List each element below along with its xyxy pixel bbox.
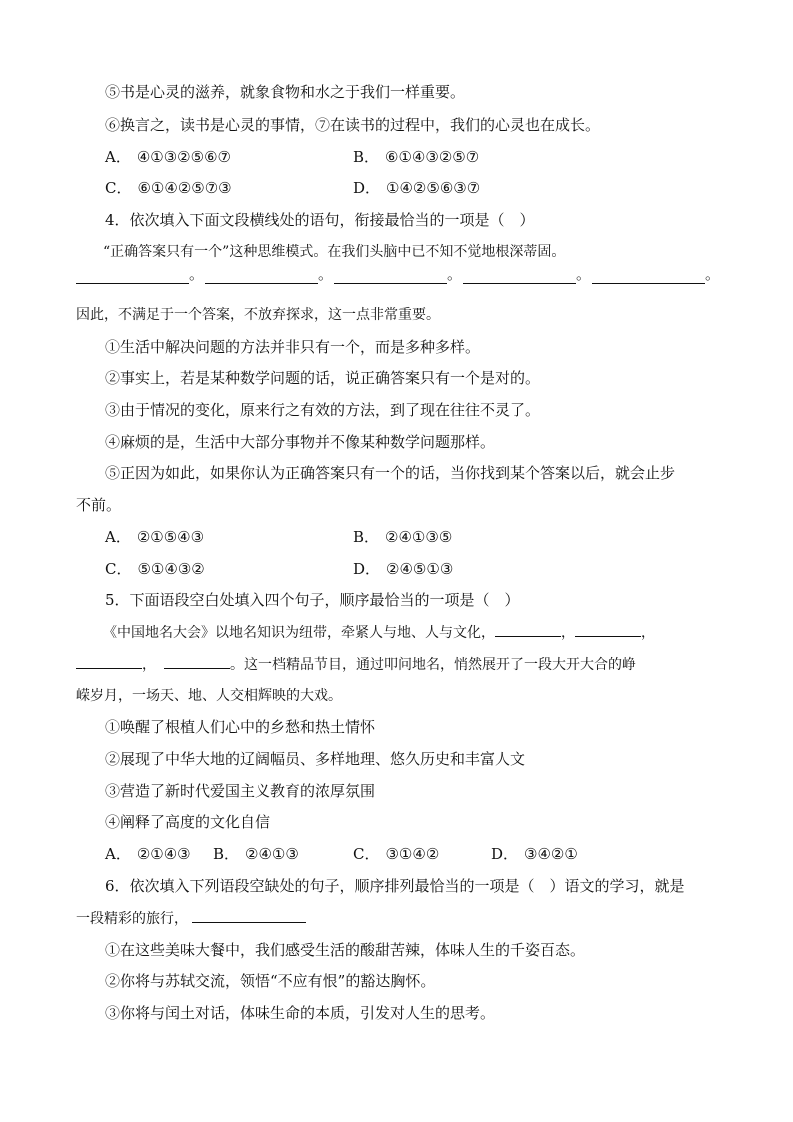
answer-blank-4[interactable] — [164, 654, 230, 669]
comma: ， — [561, 625, 575, 641]
option-value: ⑥①④②⑤⑦③ — [137, 179, 231, 197]
option-label: A． — [105, 148, 131, 166]
q4-sentence-2: ②事实上，若是某种数学问题的话，说正确答案只有一个是对的。 — [105, 368, 750, 388]
q4-passage-line1: “正确答案只有一个”这种思维模式。在我们头脑中已不知不觉地根深蒂固。 — [103, 242, 748, 262]
q4-stem: 4．依次填入下面文段横线处的语句，衔接最恰当的一项是（ ） — [105, 210, 750, 230]
blank-separator: 。 — [447, 264, 463, 284]
q5-passage-line3: 嵘岁月，一场天、地、人交相辉映的大戏。 — [76, 686, 721, 706]
answer-blank-4[interactable] — [463, 269, 576, 284]
option-value: ②④⑤①③ — [386, 560, 453, 578]
q4-blank-row: 。 。 。 。 。 — [76, 264, 721, 284]
answer-blank-1[interactable] — [76, 269, 189, 284]
answer-blank-5[interactable] — [592, 269, 705, 284]
q3-sentence-6-7: ⑥换言之，读书是心灵的事情，⑦在读书的过程中，我们的心灵也在成长。 — [105, 115, 750, 135]
answer-blank-3[interactable] — [334, 269, 447, 284]
q5-option-a: A．②①④③ — [105, 844, 191, 864]
q6-sentence-2: ②你将与苏轼交流，领悟“不应有恨”的豁达胸怀。 — [105, 971, 750, 991]
option-label: D． — [353, 179, 380, 197]
q5-option-c: C．③①④② — [353, 844, 439, 864]
q4-sentence-3: ③由于情况的变化，原来行之有效的方法，到了现在往往不灵了。 — [105, 400, 750, 420]
q4-option-a: A．②①⑤④③ — [105, 527, 204, 547]
q3-sentence-5: ⑤书是心灵的滋养，就象食物和水之于我们一样重要。 — [105, 82, 750, 102]
option-label: C． — [105, 179, 131, 197]
q6-stem: 6．依次填入下列语段空缺处的句子，顺序排列最恰当的一项是（ ）语文的学习，就是 — [105, 876, 725, 896]
q6-stem-cont-row: 一段精彩的旅行， — [76, 908, 721, 929]
option-value: ⑤①④③② — [137, 560, 204, 578]
q6-sentence-1: ①在这些美味大餐中，我们感受生活的酸甜苦辣，体味人生的千姿百态。 — [105, 940, 750, 960]
q5-passage-part2: 这一档精品节目，通过叩问地名，悄然展开了一段大开大合的峥 — [244, 657, 636, 673]
q5-sentence-4: ④阐释了高度的文化自信 — [105, 812, 750, 832]
option-label: A． — [105, 528, 131, 546]
option-value: ②①⑤④③ — [137, 528, 204, 546]
q5-sentence-3: ③营造了新时代爱国主义教育的浓厚氛围 — [105, 781, 750, 801]
option-label: B． — [353, 148, 379, 166]
blank-separator: 。 — [705, 264, 721, 284]
q4-sentence-5-cont: 不前。 — [76, 495, 721, 515]
option-label: D． — [491, 845, 518, 863]
q5-option-d: D．③④②① — [491, 844, 578, 864]
q5-sentence-1: ①唤醒了根植人们心中的乡愁和热土情怀 — [105, 717, 750, 737]
answer-blank-1[interactable] — [495, 622, 561, 637]
answer-blank-2[interactable] — [205, 269, 318, 284]
q3-option-b: B．⑥①④③②⑤⑦ — [353, 147, 479, 167]
option-value: ①④②⑤⑥③⑦ — [386, 179, 480, 197]
blank-separator: 。 — [318, 264, 334, 284]
option-label: B． — [353, 528, 379, 546]
option-value: ③④②① — [524, 845, 578, 863]
option-label: C． — [105, 560, 131, 578]
q4-sentence-5: ⑤正因为如此，如果你认为正确答案只有一个的话，当你找到某个答案以后，就会止步 — [105, 463, 750, 483]
option-value: ⑥①④③②⑤⑦ — [385, 148, 479, 166]
answer-blank-2[interactable] — [575, 622, 641, 637]
period: 。 — [230, 657, 244, 673]
q3-option-c: C．⑥①④②⑤⑦③ — [105, 178, 232, 198]
option-label: D． — [353, 560, 380, 578]
option-value: ③①④② — [385, 845, 439, 863]
q5-stem: 5．下面语段空白处填入四个句子，顺序最恰当的一项是（ ） — [105, 590, 750, 610]
blank-separator: 。 — [189, 264, 205, 284]
option-value: ④①③②⑤⑥⑦ — [137, 148, 231, 166]
option-value: ②④①③⑤ — [385, 528, 452, 546]
q4-sentence-4: ④麻烦的是，生活中大部分事物并不像某种数学问题那样。 — [105, 432, 750, 452]
answer-blank-3[interactable] — [76, 654, 142, 669]
q5-passage-line2: ，。这一档精品节目，通过叩问地名，悄然展开了一段大开大合的峥 — [76, 654, 721, 675]
q4-option-c: C．⑤①④③② — [105, 559, 205, 579]
q4-passage-line3: 因此，不满足于一个答案，不放弃探求，这一点非常重要。 — [76, 305, 721, 325]
option-label: C． — [353, 845, 379, 863]
q3-option-a: A．④①③②⑤⑥⑦ — [105, 147, 231, 167]
q5-passage-line1: 《中国地名大会》以地名知识为纽带，牵紧人与地、人与文化，，， — [103, 622, 723, 643]
q3-option-d: D．①④②⑤⑥③⑦ — [353, 178, 480, 198]
answer-blank[interactable] — [192, 908, 306, 923]
q5-sentence-2: ②展现了中华大地的辽阔幅员、多样地理、悠久历史和丰富人文 — [105, 749, 750, 769]
q4-option-b: B．②④①③⑤ — [353, 527, 452, 547]
q6-stem-cont: 一段精彩的旅行， — [76, 911, 188, 927]
document-page: ⑤书是心灵的滋养，就象食物和水之于我们一样重要。 ⑥换言之，读书是心灵的事情，⑦… — [0, 0, 793, 1122]
comma: ， — [142, 657, 156, 673]
q4-sentence-1: ①生活中解决问题的方法并非只有一个，而是多种多样。 — [105, 337, 750, 357]
q4-option-d: D．②④⑤①③ — [353, 559, 453, 579]
q6-sentence-3: ③你将与闰土对话，体味生命的本质，引发对人生的思考。 — [105, 1003, 750, 1023]
option-label: B． — [213, 845, 239, 863]
q5-passage-part1: 《中国地名大会》以地名知识为纽带，牵紧人与地、人与文化， — [103, 625, 495, 641]
option-value: ②④①③ — [245, 845, 299, 863]
blank-separator: 。 — [576, 264, 592, 284]
option-value: ②①④③ — [137, 845, 191, 863]
option-label: A． — [105, 845, 131, 863]
comma: ， — [641, 625, 655, 641]
q5-option-b: B．②④①③ — [213, 844, 299, 864]
